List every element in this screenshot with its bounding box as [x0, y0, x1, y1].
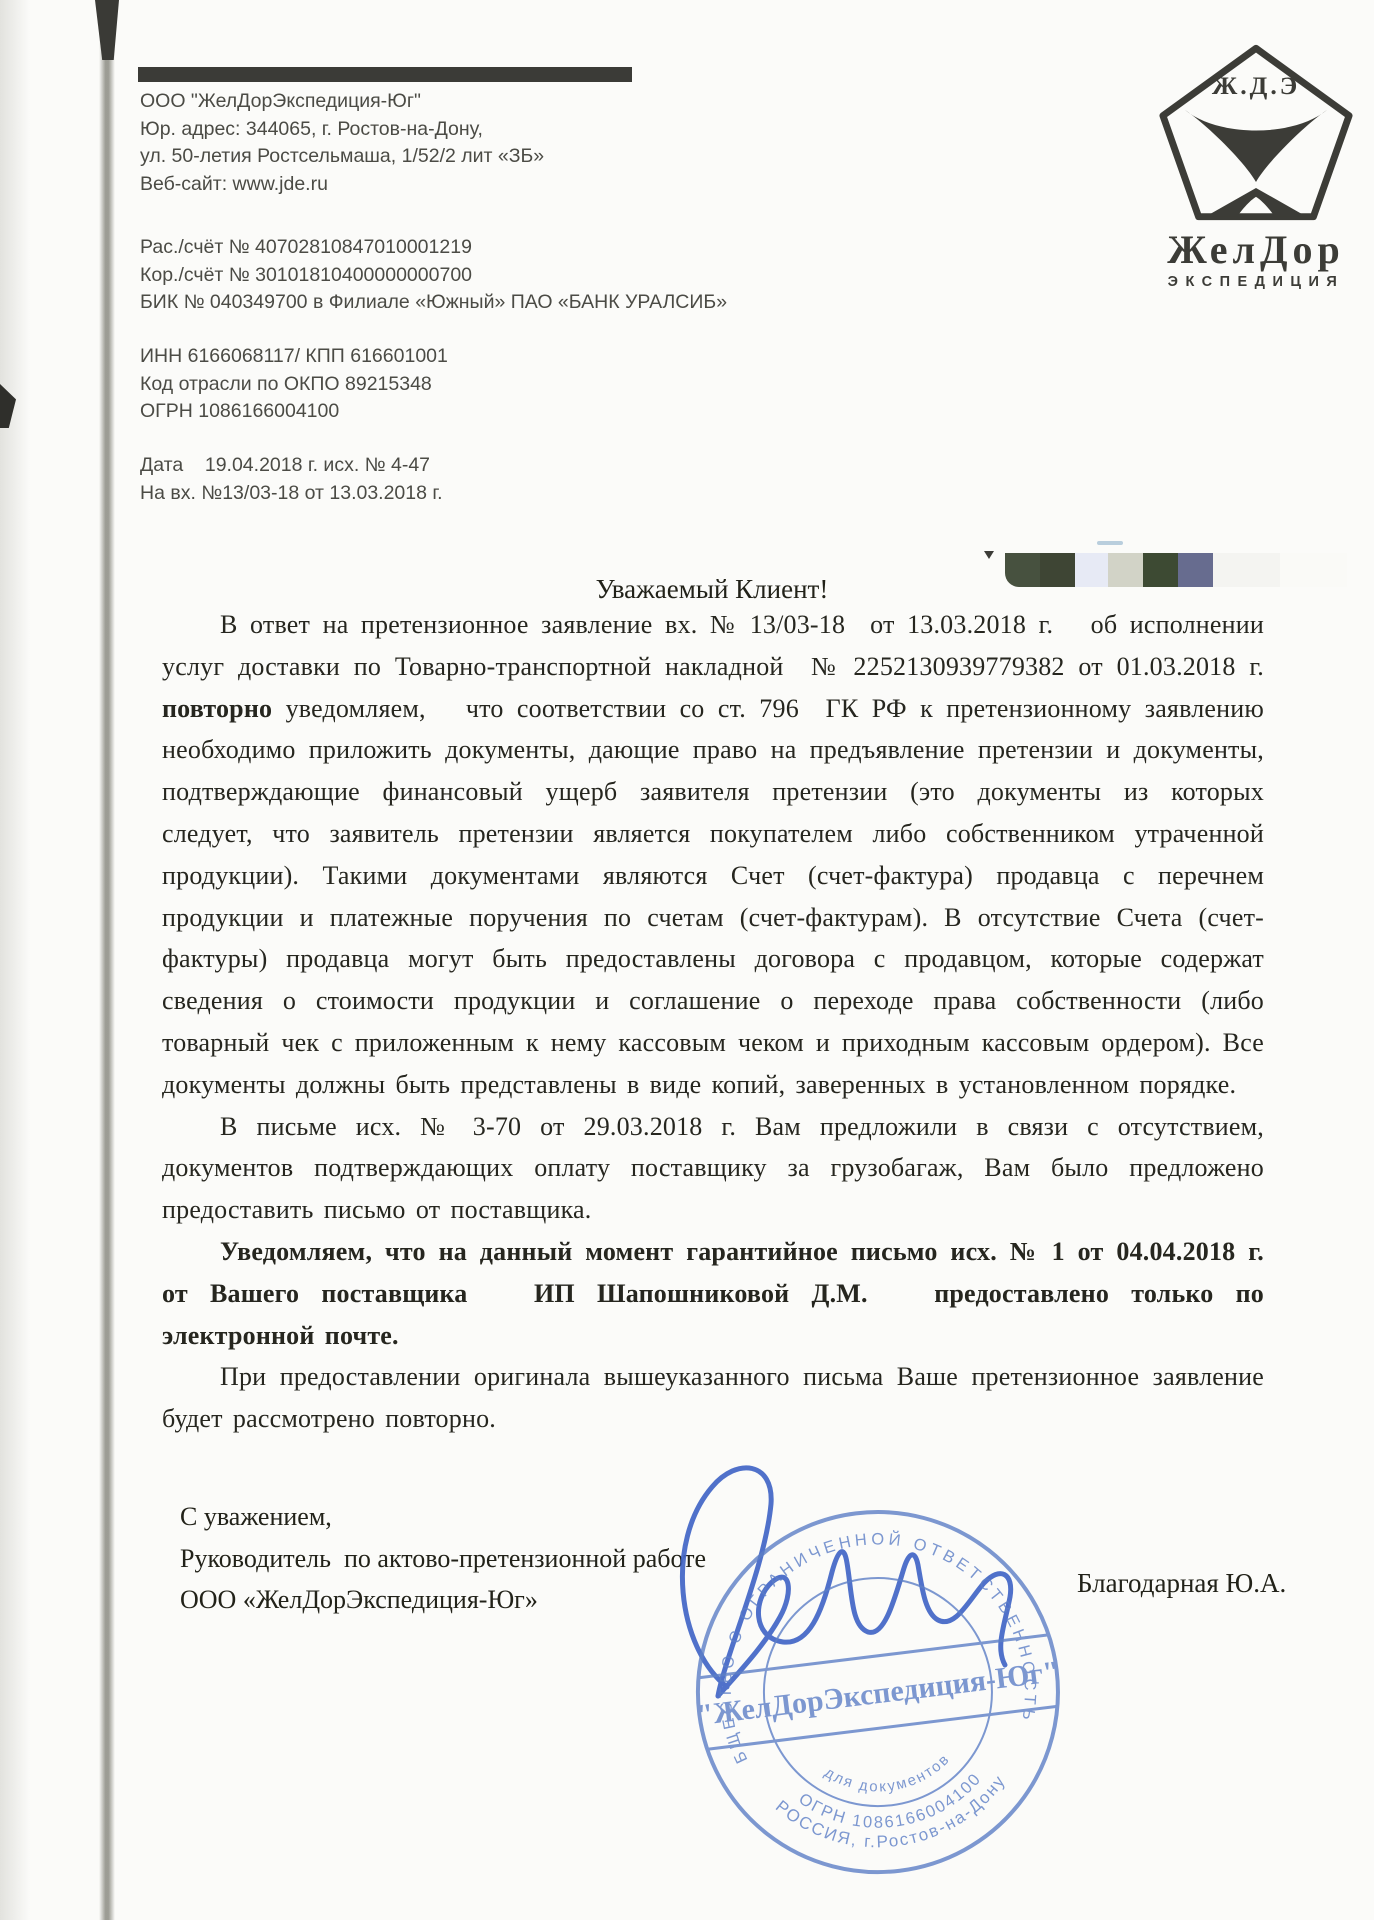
- paragraph-1-bold-word: повторно: [162, 694, 272, 723]
- settlement-account: Рас./счёт № 40702810847010001219: [140, 234, 840, 262]
- quality-mark-icon: Ж.Д.Э: [1157, 42, 1355, 226]
- paragraph-1-start: В ответ на претензионное заявление вх. №…: [162, 610, 1264, 681]
- scan-fold-stripe: [99, 0, 115, 1920]
- signer-name: Благодарная Ю.А.: [1077, 1568, 1286, 1599]
- company-website: Веб-сайт: www.jde.ru: [140, 171, 840, 199]
- stamp-band-text: "ЖелДорЭкспедиция-Юг": [695, 1655, 1061, 1732]
- signoff-position: Руководитель по актово-претензионной раб…: [180, 1538, 706, 1580]
- inn-kpp-line: ИНН 6166068117/ КПП 616601001: [140, 343, 840, 371]
- letter-body: В ответ на претензионное заявление вх. №…: [162, 604, 1264, 1440]
- signoff-company: ООО «ЖелДорЭкспедиция-Юг»: [180, 1579, 706, 1621]
- stamp-purpose-text: для документов: [820, 1749, 957, 1803]
- letterhead-divider-bar: [138, 67, 632, 82]
- paragraph-4: При предоставлении оригинала вышеуказанн…: [162, 1356, 1264, 1440]
- bik-line: БИК № 040349700 в Филиале «Южный» ПАО «Б…: [140, 289, 840, 317]
- redaction-segment: [1280, 553, 1347, 587]
- company-logo: Ж.Д.Э ЖелДор ЭКСПЕДИЦИЯ: [1142, 42, 1370, 291]
- logo-title: ЖелДор: [1142, 228, 1370, 272]
- logo-acronym: Ж.Д.Э: [1212, 71, 1300, 100]
- company-address-line2: ул. 50-летия Ростсельмаша, 1/52/2 лит «З…: [140, 143, 840, 171]
- logo-star-lower: [1206, 188, 1307, 217]
- signoff-regards: С уважением,: [180, 1496, 706, 1538]
- signoff-block: С уважением, Руководитель по актово-прет…: [180, 1496, 706, 1621]
- svg-text:для документов: для документов: [820, 1749, 957, 1803]
- paragraph-3: Уведомляем, что на данный момент гаранти…: [162, 1231, 1264, 1356]
- company-name: ООО "ЖелДорЭкспедиция-Юг": [140, 88, 840, 116]
- company-address-line1: Юр. адрес: 344065, г. Ростов-на-Дону,: [140, 116, 840, 144]
- logo-subtitle: ЭКСПЕДИЦИЯ: [1142, 273, 1370, 291]
- scan-artifact-tick: [984, 551, 994, 559]
- paragraph-1-rest: уведомляем, что соответствии со ст. 796 …: [162, 694, 1264, 1099]
- okpo-line: Код отрасли по ОКПО 89215348: [140, 371, 840, 399]
- scan-edge-shadow: [0, 0, 30, 1920]
- paragraph-1: В ответ на претензионное заявление вх. №…: [162, 604, 1264, 1106]
- correspondent-account: Кор./счёт № 30101810400000000700: [140, 262, 840, 290]
- ogrn-line: ОГРН 1086166004100: [140, 398, 840, 426]
- logo-star-upper: [1185, 110, 1328, 182]
- salutation: Уважаемый Клиент!: [162, 574, 1262, 605]
- scanned-letter-page: ООО "ЖелДорЭкспедиция-Юг" Юр. адрес: 344…: [0, 0, 1374, 1920]
- incoming-ref-line: На вх. №13/03-18 от 13.03.2018 г.: [140, 480, 840, 508]
- company-stamp: ОБЩЕСТВО С ОГРАНИЧЕННОЙ ОТВЕТСТВЕННОСТЬЮ…: [664, 1478, 1093, 1907]
- scan-artifact-dash: [1097, 541, 1123, 545]
- paragraph-2: В письме исх. № 3-70 от 29.03.2018 г. Ва…: [162, 1106, 1264, 1231]
- letter-date-line: Дата 19.04.2018 г. исх. № 4-47: [140, 452, 840, 480]
